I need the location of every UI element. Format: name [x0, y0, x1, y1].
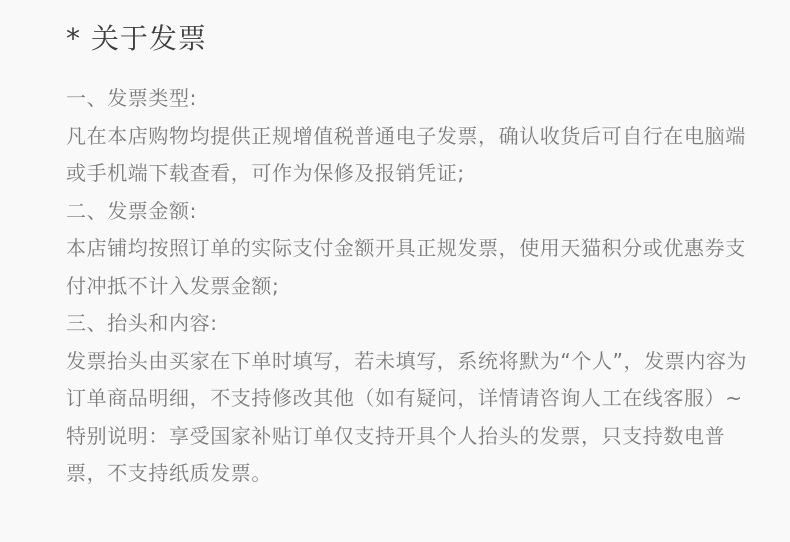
section-body-title-content: 发票抬头由买家在下单时填写，若未填写，系统将默为“个人”，发票内容为订单商品明细…	[66, 343, 750, 418]
invoice-info-panel: * 关于发票 一、发票类型: 凡在本店购物均提供正规增值税普通电子发票，确认收货…	[0, 0, 790, 542]
section-heading-invoice-amount: 二、发票金额:	[66, 193, 750, 231]
section-heading-invoice-type: 一、发票类型:	[66, 80, 750, 118]
invoice-content: 一、发票类型: 凡在本店购物均提供正规增值税普通电子发票，确认收货后可自行在电脑…	[66, 80, 750, 493]
section-body-invoice-amount: 本店铺均按照订单的实际支付金额开具正规发票，使用天猫积分或优惠券支付冲抵不计入发…	[66, 230, 750, 305]
section-body-invoice-type: 凡在本店购物均提供正规增值税普通电子发票，确认收货后可自行在电脑端或手机端下载查…	[66, 118, 750, 193]
page-title: * 关于发票	[66, 18, 750, 60]
section-heading-title-content: 三、抬头和内容:	[66, 305, 750, 343]
special-note: 特别说明：享受国家补贴订单仅支持开具个人抬头的发票，只支持数电普票，不支持纸质发…	[66, 418, 750, 493]
